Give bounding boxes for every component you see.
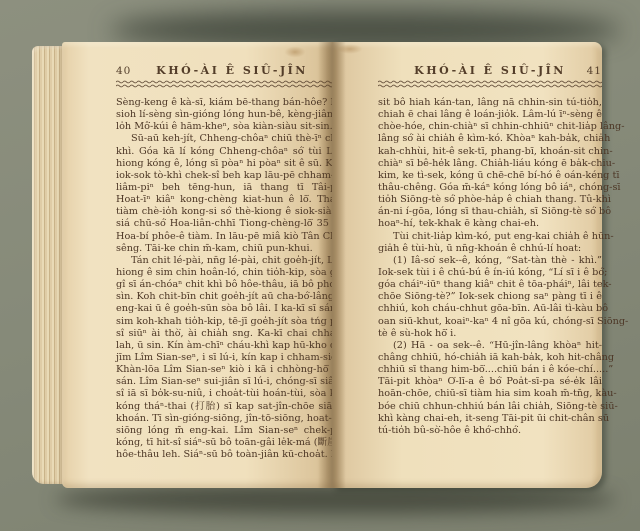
right-page-number: 41 xyxy=(568,65,602,77)
text-line: sán. Lîm Sian-seⁿ sui-jiân sī lú-i, chón… xyxy=(116,376,348,388)
left-page-text: Sèng-keng ê kà-sī, kiám bē-thang bán-hôe… xyxy=(116,97,348,461)
right-running-title: KHÓ-ÀI Ê SIÛ-JÎN xyxy=(412,64,568,77)
text-line: Tāi-pit khòaⁿ O͘-lī-a ê bó͘ Poa̍t-sī-pa … xyxy=(378,376,602,388)
text-line: chhiú, koh cháu-chhut gōa-bīn. Aū-lâi tì… xyxy=(378,303,602,315)
text-line: khì kàng chai-eh, it-seng Tāi-pit ūi chi… xyxy=(378,413,602,425)
text-line: bóe chiū chhun-chhiú bán lâi chia̍h, Siō… xyxy=(378,401,602,413)
text-line: chòe-hóe, chin-chiàⁿ sī chhin-chhiūⁿ chi… xyxy=(378,121,602,133)
text-line: hiong kóng ê, lóng sī pòaⁿ hi pòaⁿ sit ê… xyxy=(116,158,348,170)
header-rule xyxy=(378,80,602,88)
text-line: châng chhiū, hó-chia̍h iā kah-ba̍k, koh … xyxy=(378,352,602,364)
text-line: Sèng-keng ê kà-sī, kiám bē-thang bán-hôe… xyxy=(116,97,348,109)
text-line: hiong ê sim chin hoân-ló, chin tio̍h-kip… xyxy=(116,267,348,279)
text-line: hoān-chōe, chiū-sī tiàm hia sim koah m̄-… xyxy=(378,388,602,400)
text-line: Sū-aū keh-jít, Chheng-chôaⁿ chiū thè-īⁿ … xyxy=(116,133,348,145)
book-bottom-shadow xyxy=(55,484,615,514)
photo-background: 40 KHÓ-ÀI Ê SIÛ-JÎN Sèng-keng ê kà-sī, k… xyxy=(0,0,640,531)
text-line: hôe-thâu leh. Siáⁿ-sū bô toàn-jiân kū-ch… xyxy=(116,449,348,461)
text-line: lo̍h Mô͘-kúi ê hām-kheⁿ, sòa kiàn-siàu s… xyxy=(116,121,348,133)
text-line: thâu-chêng. Góa m̄-káⁿ kóng lóng bô iáⁿ,… xyxy=(378,182,602,194)
text-line: gia̍h ê tùi-hù, ū nn̄g-khoán ê chhú-lí h… xyxy=(378,243,602,255)
text-line: oan siū-khut, koaiⁿ-kaⁿ 4 nî gōa kú, chó… xyxy=(378,316,602,328)
text-line: án-ni í-gōa, lóng sī thau-chia̍h, sī Siō… xyxy=(378,206,602,218)
text-line: lâng só͘ ài chia̍h ê kìm-kó. Khòaⁿ kah-b… xyxy=(378,133,602,145)
text-line: kóng tháⁿ-thai (打胎) sī kap sat-jîn-chōe … xyxy=(116,401,348,413)
header-rule xyxy=(116,80,348,88)
text-line: siōng lóng m̄ eng-kai. Lîm Sian-seⁿ chek… xyxy=(116,425,348,437)
text-line: kóng, tī hit-sî siáⁿ-sū bô toān-gâi le̍k… xyxy=(116,437,348,449)
text-line: góa cháiⁿ-iūⁿ thang kiâⁿ chit ê tōa-phái… xyxy=(378,279,602,291)
text-line: tè ê sù-hok hō͘ i. xyxy=(378,328,602,340)
left-page: 40 KHÓ-ÀI Ê SIÛ-JÎN Sèng-keng ê kà-sī, k… xyxy=(62,42,332,488)
text-line: sêng. Tāi-ke chin m̄-kam, chiū pun-khui. xyxy=(116,243,348,255)
text-line: Tán chit lé-pài, nn̄g lé-pài, chit goe̍h… xyxy=(116,255,348,267)
text-line: Iok-sek tùi i ê chú-bú ê ín-iú kóng, “Lí… xyxy=(378,267,602,279)
left-page-number: 40 xyxy=(116,65,150,77)
text-line: Tùi chit-lia̍p kìm-kó, put eng-kai chia̍… xyxy=(378,231,602,243)
text-line: kah-chhùi, hit-ê sek-tī, phang-bī, khoán… xyxy=(378,146,602,158)
text-line: iok-sok tò-khì chek-sî beh kap lāu-pē ch… xyxy=(116,170,348,182)
right-page: KHÓ-ÀI Ê SIÛ-JÎN 41 sit bô hiah kán-tan,… xyxy=(332,42,602,488)
text-line: eng-kai ū ê goe̍h-sūn sòa bô lâi. I ka-k… xyxy=(116,303,348,315)
text-line: Khàn-lōa Lîm Sian-seⁿ kiò i kā i chhòng-… xyxy=(116,364,348,376)
left-page-header: 40 KHÓ-ÀI Ê SIÛ-JÎN xyxy=(116,64,348,77)
text-line: (1) Iâ-so͘ sek--ê, kóng, “Sat-tàn thè - … xyxy=(378,255,602,267)
text-line: sî siūⁿ ài thò͘, ài chia̍h sng. Ka-kī ch… xyxy=(116,328,348,340)
text-line: sìn. Koh chit-bīn chit goe̍h-jít aū cha-… xyxy=(116,291,348,303)
text-line: hoaⁿ-hí, tek-khak ē kàng chai-eh. xyxy=(378,218,602,230)
text-line: tú-tio̍h bû-sò͘-hôe ê khó͘-chhó͘. xyxy=(378,425,602,437)
text-line: chiah ē chai lâng ê loán-jio̍k. Lâm-lú ī… xyxy=(378,109,602,121)
text-line: sî iā sī bo̍k-su-niû, i choa̍t-tùi hoán-… xyxy=(116,388,348,400)
text-line: (2) Hā - oa sek--ê. “Hū-jîn-lâng khòaⁿ h… xyxy=(378,340,602,352)
text-line: sit bô hiah kán-tan, lâng nā chhin-sin t… xyxy=(378,97,602,109)
text-line: khì. Góa kā lí kóng Chheng-chôaⁿ só͘ tùi… xyxy=(116,146,348,158)
text-line: chhiū sī thang him-bō͘....chiū bán i ê k… xyxy=(378,364,602,376)
text-line: liâm-piⁿ beh tēng-hun, iā thang tī Tâi-p… xyxy=(116,182,348,194)
open-book: 40 KHÓ-ÀI Ê SIÛ-JÎN Sèng-keng ê kà-sī, k… xyxy=(32,42,602,488)
left-running-title: KHÓ-ÀI Ê SIÛ-JÎN xyxy=(150,64,314,77)
text-line: tiàm chè-io̍h kong-si só͘ thè-kiong ê si… xyxy=(116,206,348,218)
text-line: tio̍h Siōng-tè só͘ phòe-ha̍p ê chiah tha… xyxy=(378,194,602,206)
text-line: sim koh-khah tio̍h-kip, tē-jī goe̍h-jít … xyxy=(116,316,348,328)
text-line: chiàⁿ sī bê-he̍k lâng. Chia̍h-liáu kóng … xyxy=(378,158,602,170)
text-line: jīm Lîm Sian-seⁿ, i sī lú-i, kín kap i c… xyxy=(116,352,348,364)
text-line: sioh lí-sèng sìn-gióng lóng hun-bê, kèng… xyxy=(116,109,348,121)
text-line: khoán. Tī sìn-gióng-siōng, jîn-tō-siōng,… xyxy=(116,413,348,425)
right-page-header: KHÓ-ÀI Ê SIÛ-JÎN 41 xyxy=(378,64,602,77)
text-line: gî sī án-chóaⁿ chit khì bô hôe-thâu, iā … xyxy=(116,279,348,291)
text-line: lah, ū sin. Kín àm-chīⁿ cháu-khì kap hū-… xyxy=(116,340,348,352)
right-page-text: sit bô hiah kán-tan, lâng nā chhin-sin t… xyxy=(378,97,602,437)
page-stack-edge xyxy=(32,46,64,484)
text-line: siá chū-só͘ Hoa-liân-chhī Tiong-chèng-lō… xyxy=(116,218,348,230)
text-line: chōe Siōng-tè?” Iok-sek chiong saⁿ pàng … xyxy=(378,291,602,303)
text-line: Hoa-bí phôe-ê tiàm. In lāu-pē miâ kiò Tâ… xyxy=(116,231,348,243)
text-line: Hoat-īⁿ kiâⁿ kong-chèng kiat-hun ê lō͘. … xyxy=(116,194,348,206)
text-line: kim, ke tì-sek, kóng ū chē-chē bí-hó ê o… xyxy=(378,170,602,182)
